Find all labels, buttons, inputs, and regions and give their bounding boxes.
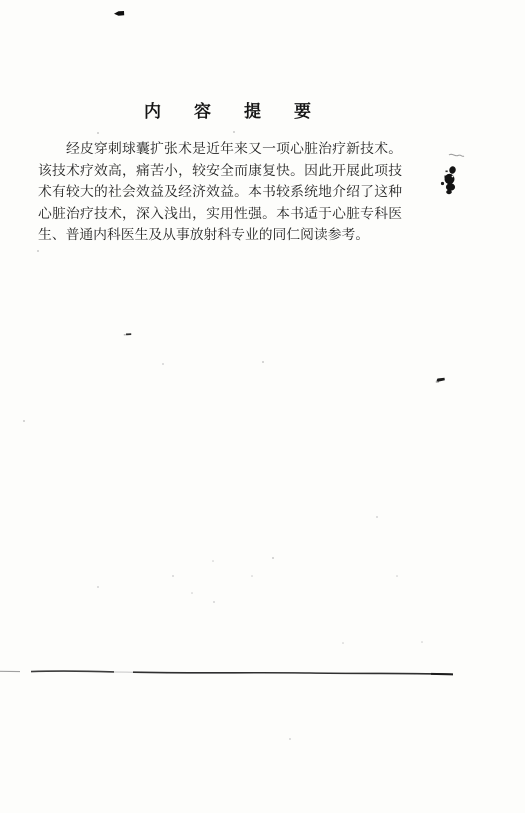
ink-blob-right-edge <box>441 166 457 195</box>
pencil-squiggle-right <box>449 154 464 156</box>
paragraph-line: 生、普通内科医生及从事放射科专业的同仁阅读参考。 <box>38 224 402 246</box>
ink-dash-mid <box>124 333 131 335</box>
page-title: 内 容 提 要 <box>38 102 402 122</box>
paragraph-line: 心脏治疗技术，深入浅出，实用性强。本书适于心脏专科医 <box>38 203 402 225</box>
ink-dash-right <box>436 378 445 383</box>
paragraph-line: 经皮穿刺球囊扩张术是近年来又一项心脏治疗新技术。 <box>38 138 402 160</box>
paragraph-line: 该技术疗效高，痛苦小，较安全而康复快。因此开展此项技 <box>38 160 402 182</box>
scan-crease-line <box>0 671 453 674</box>
ink-smudge-top-left <box>114 11 124 16</box>
paragraph-line: 术有较大的社会效益及经济效益。本书较系统地介绍了这种 <box>38 181 402 203</box>
scanned-book-page: 内 容 提 要 经皮穿刺球囊扩张术是近年来又一项心脏治疗新技术。 该技术疗效高，… <box>0 0 525 813</box>
summary-paragraph: 经皮穿刺球囊扩张术是近年来又一项心脏治疗新技术。 该技术疗效高，痛苦小，较安全而… <box>38 138 402 246</box>
